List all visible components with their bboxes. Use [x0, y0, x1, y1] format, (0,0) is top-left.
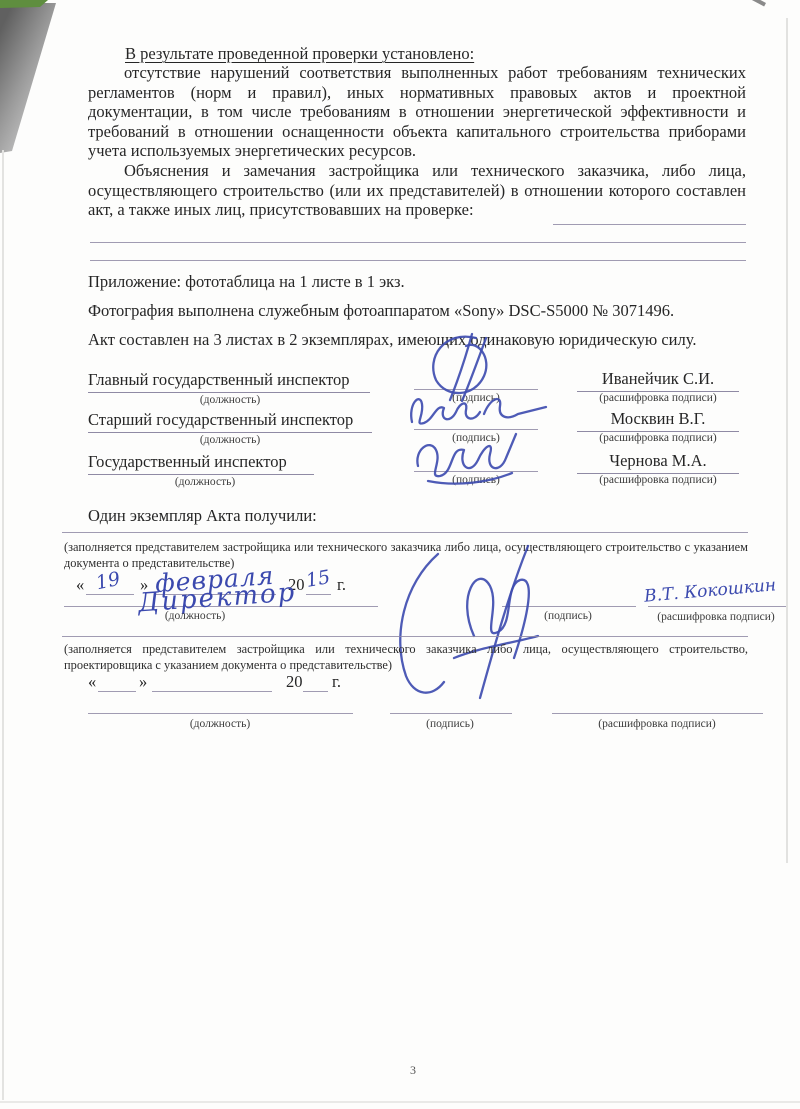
position-label: (должность): [100, 476, 310, 489]
inspector-position: Государственный инспектор: [88, 452, 314, 475]
receipt-note-second: (заполняется представителем застройщика …: [64, 642, 748, 673]
position-label: (должность): [120, 434, 340, 447]
year-suffix: г.: [332, 672, 341, 692]
signature-line: [390, 713, 512, 714]
blank-line-2: [90, 242, 746, 243]
position-label: (должность): [120, 394, 340, 407]
receipt-divider-line: [62, 636, 748, 637]
chernova-signature: [410, 426, 532, 488]
name-label: (расшифровка подписи): [577, 718, 737, 731]
position-label: (должность): [130, 610, 260, 623]
explanations-paragraph: Объяснения и замечания застройщика или т…: [88, 161, 746, 220]
name-label: (расшифровка подписи): [636, 611, 796, 624]
findings-heading: В результате проведенной проверки устано…: [125, 44, 474, 64]
close-quote: »: [139, 672, 147, 692]
name-line: [648, 606, 786, 607]
handwritten-year: 15: [304, 566, 332, 592]
name-label: (расшифровка подписи): [577, 474, 739, 487]
scan-fold-shadow: [0, 3, 58, 155]
day-line: [86, 594, 134, 595]
year-suffix: г.: [337, 575, 346, 595]
inspector-name: Чернова М.А.: [577, 451, 739, 474]
blank-line-1: [553, 224, 746, 225]
day-line: [98, 691, 136, 692]
handwritten-day: 19: [94, 568, 122, 595]
signature-label: (подпись): [400, 718, 500, 731]
year-prefix: 20: [286, 672, 303, 692]
handwritten-name: В.Т. Кокошкин: [643, 575, 776, 606]
attachment-line: Приложение: фототаблица на 1 листе в 1 э…: [88, 272, 405, 292]
open-quote: «: [88, 672, 96, 692]
receipt-heading: Один экземпляр Акта получили:: [88, 506, 317, 526]
inspector-position: Старший государственный инспектор: [88, 410, 372, 433]
position-line: [88, 713, 353, 714]
blank-line-3: [90, 260, 746, 261]
scan-corner-mark: [750, 0, 766, 7]
scan-left-edge: [2, 150, 4, 1100]
photo-line: Фотография выполнена служебным фотоаппар…: [88, 301, 674, 321]
name-line: [552, 713, 763, 714]
scan-bottom-edge: [0, 1101, 800, 1103]
year-line: [306, 594, 331, 595]
receiver-signature: [386, 536, 571, 702]
year-line: [303, 691, 328, 692]
inspector-name: Иванейчик С.И.: [577, 369, 739, 392]
scanned-act-page: В результате проведенной проверки устано…: [0, 0, 800, 1109]
page-number: 3: [410, 1063, 416, 1078]
copies-line: Акт составлен на 3 листах в 2 экземпляра…: [88, 330, 696, 350]
receipt-top-line: [62, 532, 748, 533]
scan-right-edge: [786, 18, 788, 863]
inspector-name: Москвин В.Г.: [577, 409, 739, 432]
name-label: (расшифровка подписи): [577, 432, 739, 445]
name-label: (расшифровка подписи): [577, 392, 739, 405]
findings-paragraph: отсутствие нарушений соответствия выполн…: [88, 63, 746, 161]
moskvin-signature: [406, 386, 554, 430]
inspector-position: Главный государственный инспектор: [88, 370, 370, 393]
position-label: (должность): [155, 718, 285, 731]
month-line: [152, 691, 272, 692]
open-quote: «: [76, 575, 84, 595]
